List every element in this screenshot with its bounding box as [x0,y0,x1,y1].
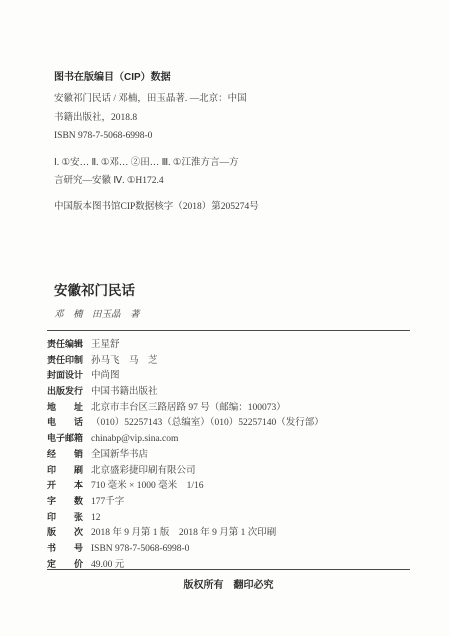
colophon-row: 电话 （010）52257143（总编室）（010）52257140（发行部） [47,415,412,431]
colophon-value: chinabp@vip.sina.com [91,432,178,448]
colophon-row: 书号 ISBN 978-7-5068-6998-0 [47,541,412,557]
book-title: 安徽祁门民话 [54,283,140,299]
colophon-value: 710 毫米 × 1000 毫米 1/16 [91,479,204,495]
colophon-value: 中尚图 [91,369,120,385]
colophon-row: 印张 12 [47,510,412,526]
colophon-value: 北京盛彩捷印刷有限公司 [91,464,196,480]
cip-line: ISBN 978-7-5068-6998-0 [54,127,410,146]
colophon-label: 书号 [47,541,83,557]
colophon-label: 印张 [47,510,83,526]
colophon-label: 封面设计 [47,368,83,384]
colophon-row: 责任编辑 王星舒 [47,337,412,353]
colophon-value: 孙马飞 马 芝 [91,354,158,370]
colophon-row: 开本 710 毫米 × 1000 毫米 1/16 [47,478,412,494]
colophon-row: 地址 北京市丰台区三路居路 97 号（邮编：100073） [47,400,412,416]
colophon-table: 责任编辑 王星舒 责任印制 孙马飞 马 芝 封面设计 中尚图 出版发行 中国书籍… [47,337,412,572]
colophon-value: 北京市丰台区三路居路 97 号（邮编：100073） [91,401,286,417]
book-copyright-page: 图书在版编目（CIP）数据 安徽祁门民话 / 邓楠，田玉晶著. —北京：中国 书… [0,0,450,636]
colophon-label: 地址 [47,400,83,416]
cip-line: 书籍出版社，2018.8 [54,109,410,128]
divider-bottom [47,569,410,570]
colophon-value: 中国书籍出版社 [91,385,158,401]
colophon-row: 字数 177千字 [47,494,412,510]
colophon-label: 印刷 [47,463,83,479]
colophon-row: 版次 2018 年 9 月第 1 版 2018 年 9 月第 1 次印刷 [47,525,412,541]
colophon-label: 电话 [47,415,83,431]
colophon-label: 责任编辑 [47,337,83,353]
copyright-notice: 版权所有 翻印必究 [47,576,410,591]
cip-classification: Ⅰ. ①安… Ⅱ. ①邓… ②田… Ⅲ. ①江淮方言—方 言研究—安徽 Ⅳ. ①… [54,154,410,191]
colophon-row: 责任印制 孙马飞 马 芝 [47,353,412,369]
colophon-value: ISBN 978-7-5068-6998-0 [91,542,189,558]
cip-description: 安徽祁门民话 / 邓楠，田玉晶著. —北京：中国 书籍出版社，2018.8 IS… [54,90,410,146]
colophon-value: 177千字 [91,495,124,511]
cip-block: 图书在版编目（CIP）数据 安徽祁门民话 / 邓楠，田玉晶著. —北京：中国 书… [54,71,410,214]
colophon-value: 2018 年 9 月第 1 版 2018 年 9 月第 1 次印刷 [91,526,276,542]
colophon-value: 全国新华书店 [91,448,148,464]
colophon-value: （010）52257143（总编室）（010）52257140（发行部） [91,416,324,432]
book-authors: 邓 楠 田玉晶 著 [54,309,140,321]
colophon-row: 印刷 北京盛彩捷印刷有限公司 [47,463,412,479]
cip-classification-line: Ⅰ. ①安… Ⅱ. ①邓… ②田… Ⅲ. ①江淮方言—方 [54,154,410,173]
title-block: 安徽祁门民话 邓 楠 田玉晶 著 [54,283,140,321]
colophon-row: 封面设计 中尚图 [47,368,412,384]
cip-header: 图书在版编目（CIP）数据 [54,71,410,84]
colophon-label: 出版发行 [47,384,83,400]
colophon-row: 经销 全国新华书店 [47,447,412,463]
cip-record-number: 中国版本图书馆CIP数据核字（2018）第205274号 [54,201,410,214]
colophon-value: 12 [91,511,101,527]
cip-line: 安徽祁门民话 / 邓楠，田玉晶著. —北京：中国 [54,90,410,109]
colophon-label: 经销 [47,447,83,463]
colophon-label: 责任印制 [47,353,83,369]
colophon-value: 王星舒 [91,338,120,354]
colophon-row: 出版发行 中国书籍出版社 [47,384,412,400]
colophon-value: 49.00 元 [91,558,124,574]
colophon-label: 开本 [47,478,83,494]
cip-classification-line: 言研究—安徽 Ⅳ. ①H172.4 [54,172,410,191]
colophon-row: 电子邮箱 chinabp@vip.sina.com [47,431,412,447]
divider-top [47,330,410,331]
colophon-label: 版次 [47,525,83,541]
colophon-label: 字数 [47,494,83,510]
colophon-label: 电子邮箱 [47,431,83,447]
